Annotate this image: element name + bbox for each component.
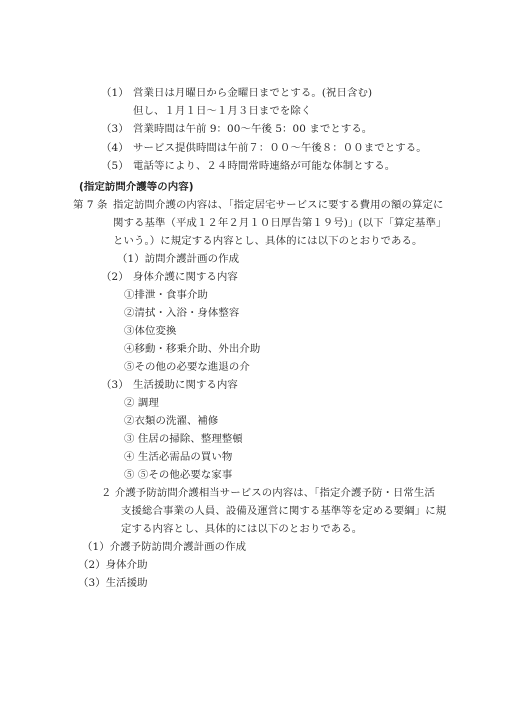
preventive-item-3: （3）生活援助 bbox=[78, 576, 148, 590]
item-number: （3） bbox=[101, 378, 133, 392]
article-7-line-1: 第 7 条指定訪問介護の内容は、「指定居宅サービスに要する費用の額の算定に bbox=[73, 198, 444, 212]
article-7-para-2-line-2: 支援総合事業の人員、設備及運営に関する基準等を定める要綱」に規 bbox=[121, 504, 446, 518]
hours-item-5: （5）電話等により、２４時間常時連絡が可能な体制とする。 bbox=[101, 159, 395, 173]
preventive-item-1: （1）介護予防訪問介護計画の作成 bbox=[82, 540, 246, 554]
item-text: 営業時間は午前 9：00～午後 5：00 までとする。 bbox=[133, 123, 372, 135]
item-number: （4） bbox=[101, 141, 133, 155]
article-7-item-1: （1）訪問介護計画の作成 bbox=[117, 252, 239, 266]
article-7-para-2-line-1: ２ 介護予防訪問介護相当サービスの内容は、「指定介護予防・日常生活 bbox=[101, 486, 435, 500]
item-number: （5） bbox=[101, 159, 133, 173]
article-text: 指定訪問介護の内容は、「指定居宅サービスに要する費用の額の算定に bbox=[113, 199, 444, 211]
care-sub-item-3: ③体位変換 bbox=[124, 324, 176, 338]
heading-service-content: (指定訪問介護等の内容) bbox=[79, 180, 194, 194]
care-sub-item-5: ⑤その他の必要な進退の介 bbox=[124, 360, 250, 374]
care-sub-item-2: ②清拭・入浴・身体整容 bbox=[124, 306, 239, 320]
preventive-item-2: （2）身体介助 bbox=[78, 558, 148, 572]
item-text: 生活援助に関する内容 bbox=[133, 379, 238, 391]
article-7-line-2: 関する基準（平成１２年２月１０日厚告第１９号)」(以下「算定基準」 bbox=[113, 216, 447, 230]
article-7-line-3: という。）に規定する内容とし、具体的には以下のとおりである。 bbox=[113, 234, 423, 248]
item-text: 営業日は月曜日から金曜日までとする。(祝日含む) bbox=[133, 87, 372, 99]
article-7-item-3: （3）生活援助に関する内容 bbox=[101, 378, 238, 392]
living-sub-item-4: ④ 生活必需品の買い物 bbox=[124, 450, 232, 464]
care-sub-item-1: ①排泄・食事介助 bbox=[124, 288, 208, 302]
item-text: 但し、１月１日～１月３日までを除く bbox=[133, 105, 311, 117]
item-text: サービス提供時間は午前７：００～午後８：００までとする。 bbox=[133, 142, 427, 154]
item-text: 電話等により、２４時間常時連絡が可能な体制とする。 bbox=[133, 160, 395, 172]
item-text: 身体介護に関する内容 bbox=[133, 271, 238, 283]
hours-item-1-note: 但し、１月１日～１月３日までを除く bbox=[133, 104, 311, 118]
care-sub-item-4: ④移動・移乗介助、外出介助 bbox=[124, 342, 260, 356]
hours-item-3: （3）営業時間は午前 9：00～午後 5：00 までとする。 bbox=[101, 122, 372, 136]
item-number: （3） bbox=[101, 122, 133, 136]
hours-item-4: （4）サービス提供時間は午前７：００～午後８：００までとする。 bbox=[101, 141, 427, 155]
living-sub-item-1: ② 調理 bbox=[124, 396, 159, 410]
article-label: 第 7 条 bbox=[73, 198, 113, 212]
article-7-item-2: （2）身体介護に関する内容 bbox=[101, 270, 238, 284]
item-number: （1） bbox=[101, 86, 133, 100]
living-sub-item-2: ②衣類の洗濯、補修 bbox=[124, 414, 218, 428]
living-sub-item-5: ⑤ ⑤その他必要な家事 bbox=[124, 468, 232, 482]
article-7-para-2-line-3: 定する内容とし、具体的には以下のとおりである。 bbox=[121, 522, 362, 536]
living-sub-item-3: ③ 住居の掃除、整理整頓 bbox=[124, 432, 243, 446]
hours-item-1: （1）営業日は月曜日から金曜日までとする。(祝日含む) bbox=[101, 86, 372, 100]
item-number: （2） bbox=[101, 270, 133, 284]
